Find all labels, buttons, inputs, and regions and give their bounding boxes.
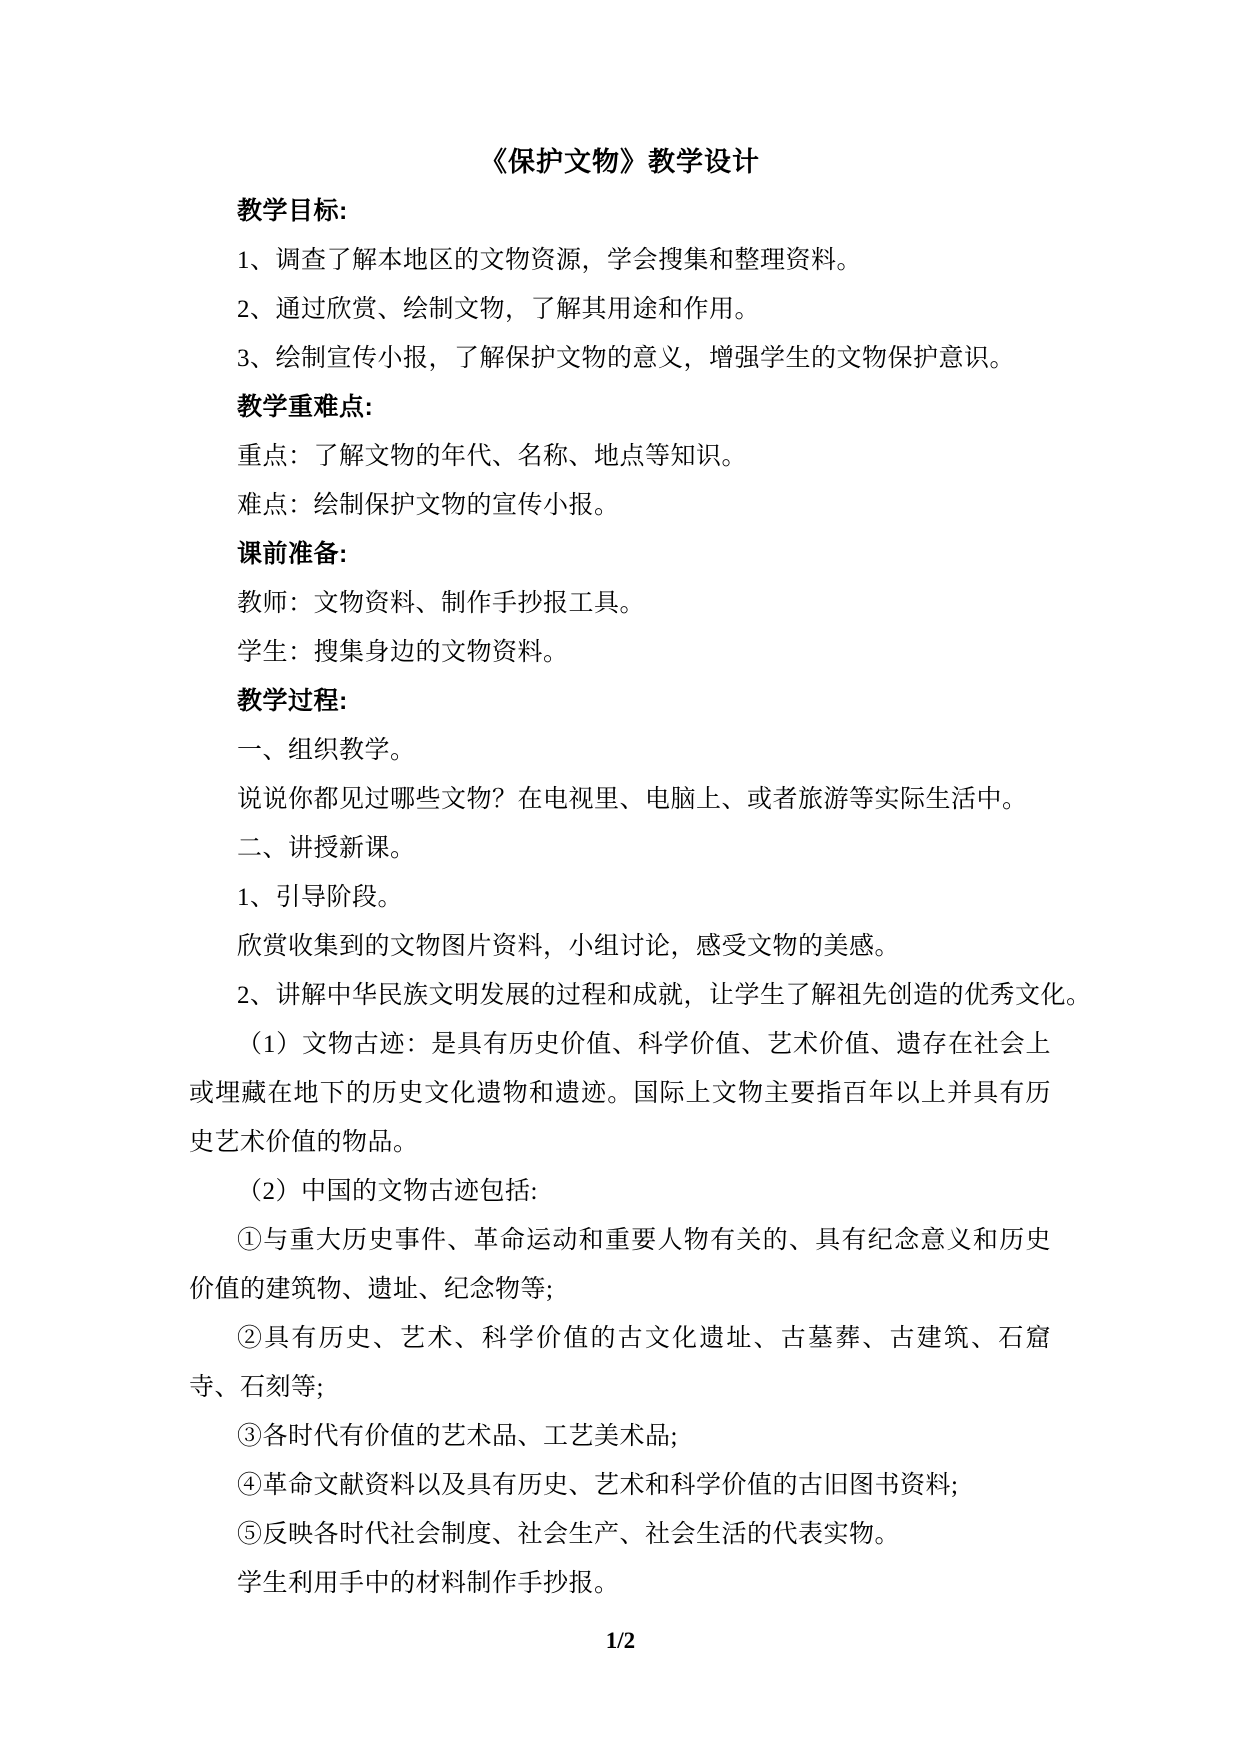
body-paragraph: 1、调查了解本地区的文物资源，学会搜集和整理资料。	[189, 236, 1051, 285]
document-page: 《保护文物》教学设计 教学目标:1、调查了解本地区的文物资源，学会搜集和整理资料…	[0, 0, 1241, 1754]
body-paragraph: 二、讲授新课。	[189, 824, 1051, 873]
section-heading: 教学目标:	[189, 187, 1051, 236]
body-paragraph: ④革命文献资料以及具有历史、艺术和科学价值的古旧图书资料;	[189, 1461, 1051, 1510]
body-paragraph: 学生利用手中的材料制作手抄报。	[189, 1559, 1051, 1608]
body-paragraph: （1）文物古迹：是具有历史价值、科学价值、艺术价值、遗存在社会上或埋藏在地下的历…	[189, 1020, 1051, 1167]
body-paragraph: 教师：文物资料、制作手抄报工具。	[189, 579, 1051, 628]
body-paragraph: （2）中国的文物古迹包括:	[189, 1167, 1051, 1216]
body-paragraph: 重点：了解文物的年代、名称、地点等知识。	[189, 432, 1051, 481]
body-paragraph: ⑤反映各时代社会制度、社会生产、社会生活的代表实物。	[189, 1510, 1051, 1559]
body-paragraph: ①与重大历史事件、革命运动和重要人物有关的、具有纪念意义和历史价值的建筑物、遗址…	[189, 1216, 1051, 1314]
body-paragraph: ②具有历史、艺术、科学价值的古文化遗址、古墓葬、古建筑、石窟寺、石刻等;	[189, 1314, 1051, 1412]
body-paragraph: 2、讲解中华民族文明发展的过程和成就，让学生了解祖先创造的优秀文化。	[189, 971, 1051, 1020]
section-heading: 课前准备:	[189, 530, 1051, 579]
body-paragraph: 欣赏收集到的文物图片资料，小组讨论，感受文物的美感。	[189, 922, 1051, 971]
page-number: 1/2	[0, 1626, 1241, 1656]
body-paragraph: ③各时代有价值的艺术品、工艺美术品;	[189, 1412, 1051, 1461]
body-paragraph: 说说你都见过哪些文物？在电视里、电脑上、或者旅游等实际生活中。	[189, 775, 1051, 824]
section-heading: 教学重难点:	[189, 383, 1051, 432]
section-heading: 教学过程:	[189, 677, 1051, 726]
paragraph-list: 教学目标:1、调查了解本地区的文物资源，学会搜集和整理资料。2、通过欣赏、绘制文…	[189, 187, 1051, 1608]
body-paragraph: 学生：搜集身边的文物资料。	[189, 628, 1051, 677]
body-paragraph: 3、绘制宣传小报，了解保护文物的意义，增强学生的文物保护意识。	[189, 334, 1051, 383]
body-paragraph: 1、引导阶段。	[189, 873, 1051, 922]
document-body: 《保护文物》教学设计 教学目标:1、调查了解本地区的文物资源，学会搜集和整理资料…	[189, 138, 1051, 1608]
body-paragraph: 2、通过欣赏、绘制文物，了解其用途和作用。	[189, 285, 1051, 334]
body-paragraph: 难点：绘制保护文物的宣传小报。	[189, 481, 1051, 530]
page-title: 《保护文物》教学设计	[189, 138, 1051, 187]
body-paragraph: 一、组织教学。	[189, 726, 1051, 775]
